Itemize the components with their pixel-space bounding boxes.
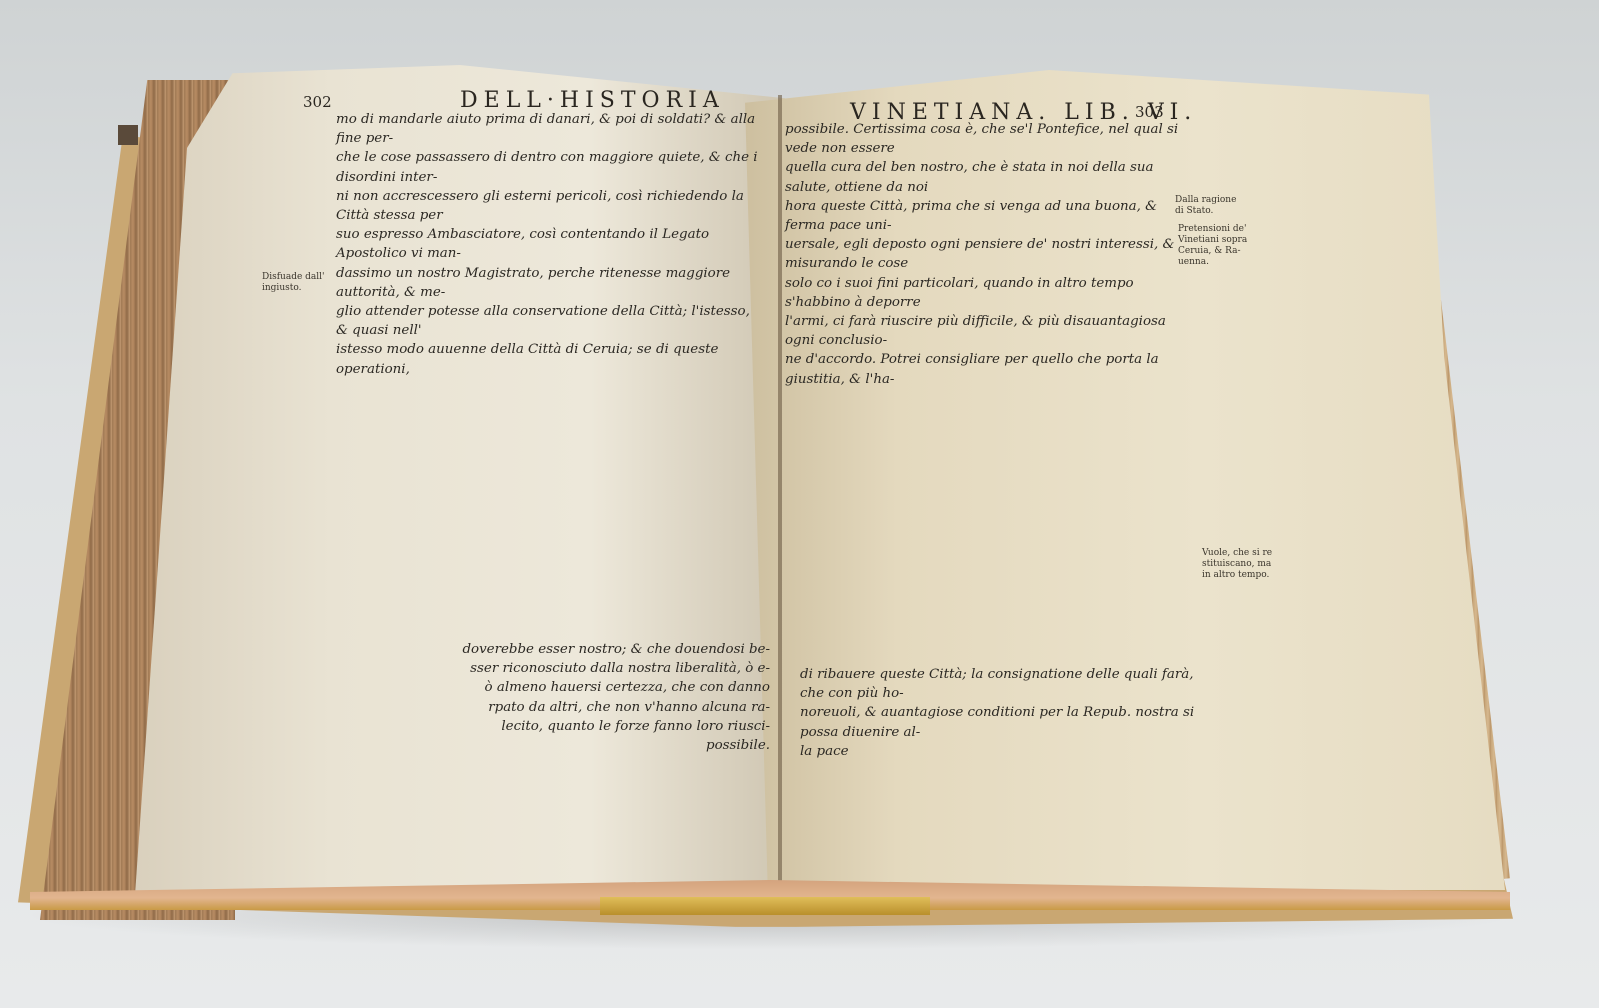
right-page-number: 303 — [1135, 103, 1164, 121]
photo-scene: 302 DELL·HISTORIA Disfuade dall' ingiust… — [0, 0, 1599, 1008]
right-page-text-top: possibile. Certissima cosa è, che se'l P… — [785, 120, 1195, 389]
right-margin-note-3: Vuole, che si re stituiscano, ma in altr… — [1202, 548, 1272, 581]
right-page-text-bottom: di ribauere queste Città; la consignatio… — [800, 665, 1220, 761]
left-margin-note: Disfuade dall' ingiusto. — [262, 272, 325, 294]
left-page-text-top: mo di mandarle aiuto prima di danari, & … — [336, 110, 766, 379]
spine-tab — [118, 125, 138, 145]
right-margin-note-2: Pretensioni de' Vinetiani sopra Ceruia, … — [1178, 224, 1247, 268]
gilt-spine-edge — [600, 897, 930, 915]
right-margin-note-1: Dalla ragione di Stato. — [1175, 195, 1236, 217]
left-page-number: 302 — [303, 93, 332, 111]
left-page-text-bottom: doverebbe esser nostro; & che douendosi … — [420, 640, 770, 755]
book-gutter — [778, 95, 782, 895]
